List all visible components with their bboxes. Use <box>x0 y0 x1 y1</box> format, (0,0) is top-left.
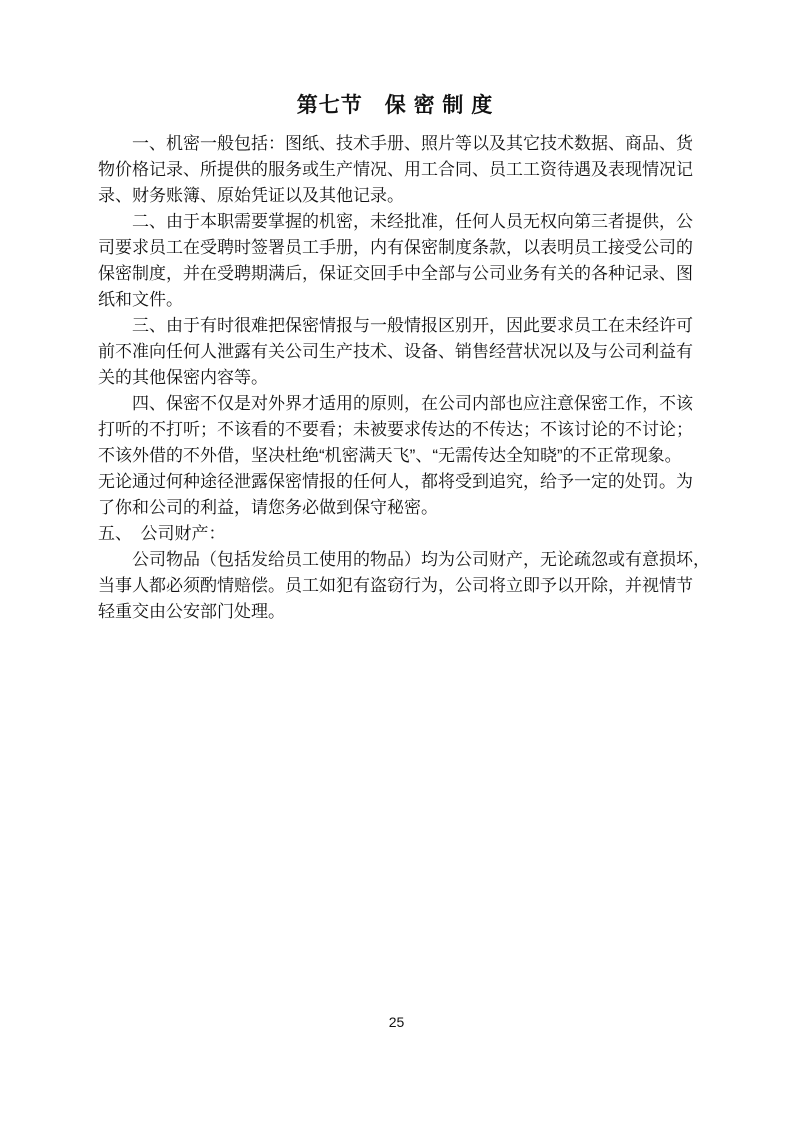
section-title: 第七节 保 密 制 度 <box>98 91 692 121</box>
text-line: 前不准向任何人泄露有关公司生产技术、设备、销售经营状况以及与公司利益有 <box>98 339 692 365</box>
text-line: 打听的不打听；不该看的不要看；未被要求传达的不传达；不该讨论的不讨论； <box>98 417 692 443</box>
text-line: 四、保密不仅是对外界才适用的原则，在公司内部也应注意保密工作，不该 <box>98 391 692 417</box>
text-line: 不该外借的不外借，坚决杜绝“机密满天飞”、“无需传达全知晓”的不正常现象。 <box>98 443 692 469</box>
text-line: 三、由于有时很难把保密情报与一般情报区别开，因此要求员工在未经许可 <box>98 313 692 339</box>
text-line: 一、机密一般包括：图纸、技术手册、照片等以及其它技术数据、商品、货 <box>98 131 692 157</box>
text-line: 物价格记录、所提供的服务或生产情况、用工合同、员工工资待遇及表现情况记 <box>98 157 692 183</box>
text-line: 无论通过何种途径泄露保密情报的任何人，都将受到追究，给予一定的处罚。为 <box>98 469 692 495</box>
text-line: 司要求员工在受聘时签署员工手册，内有保密制度条款，以表明员工接受公司的 <box>98 235 692 261</box>
text-line: 二、由于本职需要掌握的机密，未经批准，任何人员无权向第三者提供，公 <box>98 209 692 235</box>
text-line: 当事人都必须酌情赔偿。员工如犯有盗窃行为，公司将立即予以开除，并视情节 <box>98 573 692 599</box>
document-page: 第七节 保 密 制 度 一、机密一般包括：图纸、技术手册、照片等以及其它技术数据… <box>0 0 793 1122</box>
text-line: 录、财务账簿、原始凭证以及其他记录。 <box>98 183 692 209</box>
document-body: 一、机密一般包括：图纸、技术手册、照片等以及其它技术数据、商品、货物价格记录、所… <box>98 131 692 625</box>
page-number: 25 <box>0 1012 793 1032</box>
text-line: 保密制度，并在受聘期满后，保证交回手中全部与公司业务有关的各种记录、图 <box>98 261 692 287</box>
text-line: 关的其他保密内容等。 <box>98 365 692 391</box>
text-line: 轻重交由公安部门处理。 <box>98 599 692 625</box>
text-line: 公司物品（包括发给员工使用的物品）均为公司财产，无论疏忽或有意损坏， <box>98 547 692 573</box>
text-line: 纸和文件。 <box>98 287 692 313</box>
text-line: 了你和公司的利益，请您务必做到保守秘密。 <box>98 495 692 521</box>
text-line: 五、 公司财产： <box>98 521 692 547</box>
